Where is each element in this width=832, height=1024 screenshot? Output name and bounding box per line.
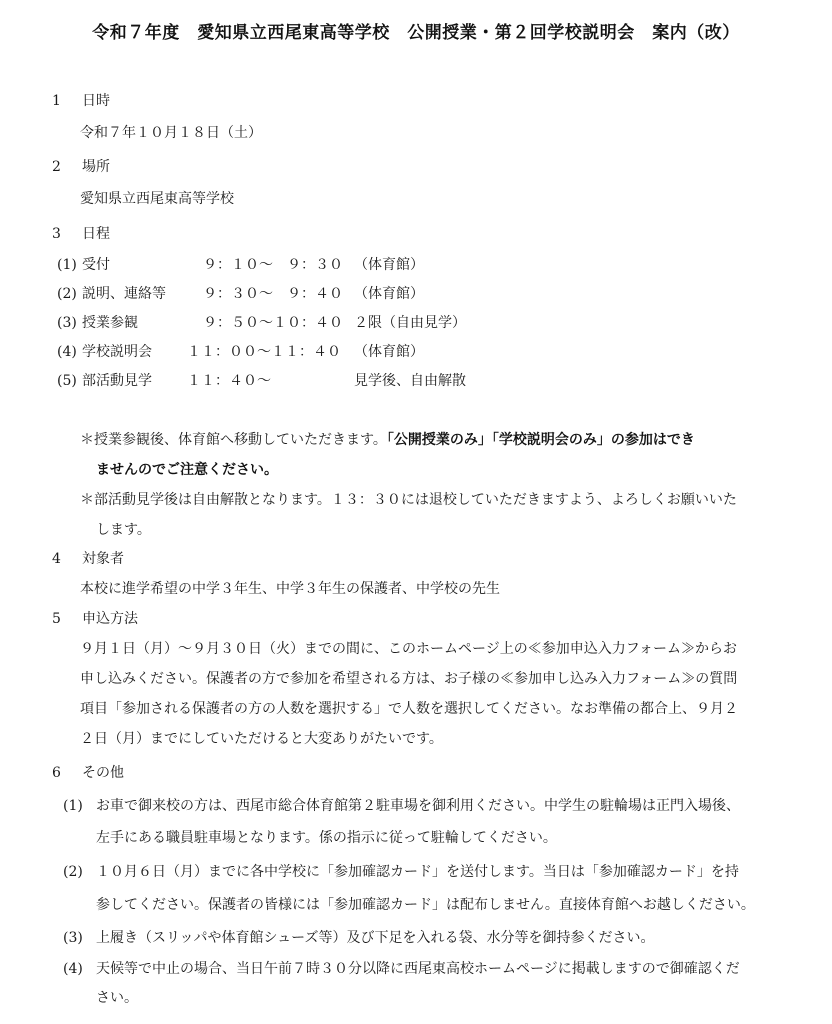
schedule-no: (3) bbox=[57, 314, 77, 332]
schedule-item: 学校説明会 bbox=[82, 343, 152, 361]
application-line: ２日（月）までにしていただけると大変ありがたいです。 bbox=[80, 730, 443, 748]
application-line: ９月１日（月）～９月３０日（火）までの間に、このホームページ上の≪参加申込入力フ… bbox=[80, 640, 737, 658]
section-3-number: 3 bbox=[52, 225, 61, 243]
schedule-place: （体育館） bbox=[354, 285, 424, 303]
section-4-audience: 本校に進学希望の中学３年生、中学３年生の保護者、中学校の先生 bbox=[80, 580, 500, 598]
schedule-time: ９：１０～ ９：３０ bbox=[203, 256, 343, 274]
schedule-no: (2) bbox=[57, 285, 77, 303]
schedule-no: (4) bbox=[57, 343, 77, 361]
other-item-line: 天候等で中止の場合、当日午前７時３０分以降に西尾東高校ホームページに掲載しますの… bbox=[96, 960, 740, 978]
section-5-heading: 申込方法 bbox=[82, 610, 138, 628]
section-4-number: 4 bbox=[52, 550, 61, 568]
other-item-line: さい。 bbox=[96, 989, 138, 1007]
section-5-number: 5 bbox=[52, 610, 61, 628]
other-item-line: １０月６日（月）までに各中学校に「参加確認カード」を送付します。当日は「参加確認… bbox=[96, 863, 739, 881]
other-item-no: (4) bbox=[63, 960, 83, 978]
schedule-no: (1) bbox=[57, 256, 77, 274]
note-1-text: ＊授業参観後、体育館へ移動していただきます。 bbox=[80, 432, 387, 448]
other-item-line: 左手にある職員駐車場となります。係の指示に従って駐輪してください。 bbox=[96, 829, 557, 847]
schedule-item: 授業参観 bbox=[82, 314, 138, 332]
other-item-no: (3) bbox=[63, 929, 83, 947]
schedule-place: 見学後、自由解散 bbox=[354, 372, 466, 390]
schedule-item: 部活動見学 bbox=[82, 372, 152, 390]
other-item-no: (2) bbox=[63, 863, 83, 881]
note-1-warning: 「公開授業のみ」「学校説明会のみ」の参加はでき bbox=[387, 432, 695, 448]
section-6-heading: その他 bbox=[82, 764, 124, 782]
other-item-line: 参してください。保護者の皆様には「参加確認カード」は配布しません。直接体育館へお… bbox=[96, 896, 755, 914]
other-item-line: お車で御来校の方は、西尾市総合体育館第２駐車場を御利用ください。中学生の駐輪場は… bbox=[96, 797, 740, 815]
schedule-note-2-continued: します。 bbox=[96, 521, 151, 539]
schedule-time: １１：４０～ bbox=[187, 372, 271, 390]
schedule-place: （体育館） bbox=[354, 343, 424, 361]
section-2-number: 2 bbox=[52, 158, 61, 176]
section-4-heading: 対象者 bbox=[82, 550, 124, 568]
other-item-line: 上履き（スリッパや体育館シューズ等）及び下足を入れる袋、水分等を御持参ください。 bbox=[96, 929, 654, 947]
schedule-place: ２限（自由見学） bbox=[354, 314, 466, 332]
document-title: 令和７年度 愛知県立西尾東高等学校 公開授業・第２回学校説明会 案内（改） bbox=[0, 18, 832, 43]
application-line: 項目「参加される保護者の方の人数を選択する」で人数を選択してください。なお準備の… bbox=[80, 700, 738, 718]
section-2-venue: 愛知県立西尾東高等学校 bbox=[80, 190, 234, 208]
schedule-time: ９：３０～ ９：４０ bbox=[203, 285, 343, 303]
schedule-item: 説明、連絡等 bbox=[82, 285, 166, 303]
schedule-no: (5) bbox=[57, 372, 77, 390]
section-6-number: 6 bbox=[52, 764, 61, 782]
note-1-warning-continued: ませんのでご注意ください。 bbox=[96, 461, 278, 479]
schedule-time: １１：００～１１：４０ bbox=[187, 343, 341, 361]
schedule-note-1: ＊授業参観後、体育館へ移動していただきます。「公開授業のみ」「学校説明会のみ」の… bbox=[80, 431, 695, 449]
schedule-time: ９：５０～１０：４０ bbox=[203, 314, 343, 332]
section-1-date: 令和７年１０月１８日（土） bbox=[80, 124, 262, 142]
section-2-heading: 場所 bbox=[82, 158, 110, 176]
section-1-heading: 日時 bbox=[82, 92, 110, 110]
section-3-heading: 日程 bbox=[82, 225, 110, 243]
section-1-number: 1 bbox=[52, 92, 61, 110]
schedule-item: 受付 bbox=[82, 256, 110, 274]
application-line: 申し込みください。保護者の方で参加を希望される方は、お子様の≪参加申し込み入力フ… bbox=[80, 670, 737, 688]
other-item-no: (1) bbox=[63, 797, 83, 815]
schedule-note-2: ＊部活動見学後は自由解散となります。１３：３０には退校していただきますよう、よろ… bbox=[80, 491, 737, 509]
schedule-place: （体育館） bbox=[354, 256, 424, 274]
